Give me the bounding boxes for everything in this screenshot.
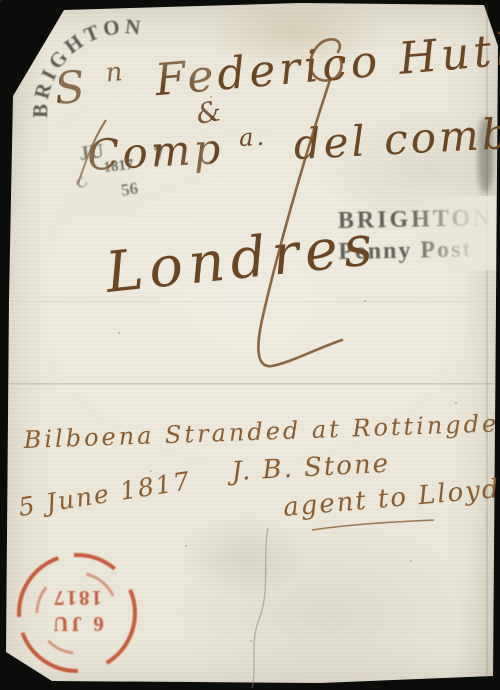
london-datestamp-day: 6 JU [50, 612, 103, 636]
docket-date: 5 June 1817 [16, 466, 193, 522]
address-descriptor: del comb [292, 109, 500, 169]
address-city: Londres [102, 213, 382, 306]
datestamp-fade [60, 60, 210, 220]
paper-tear [252, 528, 268, 688]
london-datestamp-year: 1817 [52, 586, 102, 610]
docket-signature: J. B. Stone [226, 449, 391, 488]
docket-underline [312, 520, 434, 530]
london-datestamp: 6 JU 1817 [19, 555, 135, 671]
docket-panel: Bilboena Stranded at Rottingdean J. B. S… [16, 408, 500, 530]
penny-post-fade [408, 196, 496, 270]
photo-backdrop: BRIGHTON JU 7 1817 56 C BRIGHTON Penny P… [0, 0, 500, 690]
docket-line1: Bilboena Stranded at Rottingdean [22, 408, 500, 454]
address-company-sup: a. [238, 123, 267, 152]
